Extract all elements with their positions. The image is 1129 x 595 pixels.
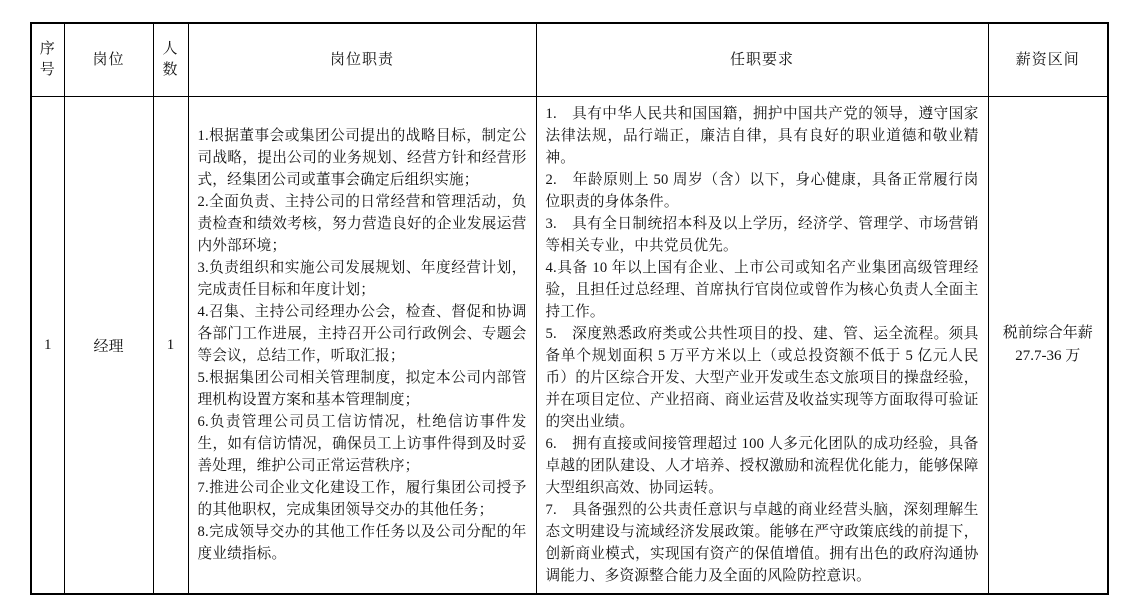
- header-seq-number: 序号: [31, 23, 64, 97]
- table-row: 1 经理 1 1.根据董事会或集团公司提出的战略目标，制定公司战略，提出公司的业…: [31, 97, 1108, 595]
- requirement-item: 5. 深度熟悉政府类或公共性项目的投、建、管、运全流程。须具备单个规划面积 5 …: [546, 323, 979, 433]
- header-responsibilities: 岗位职责: [188, 23, 536, 97]
- header-headcount: 人数: [153, 23, 188, 97]
- responsibility-item: 6.负责管理公司员工信访情况，杜绝信访事件发生，如有信访情况，确保员工上访事件得…: [198, 411, 527, 477]
- cell-position: 经理: [64, 97, 153, 595]
- responsibility-item: 1.根据董事会或集团公司提出的战略目标，制定公司战略，提出公司的业务规划、经营方…: [198, 125, 527, 191]
- responsibility-item: 4.召集、主持公司经理办公会，检查、督促和协调各部门工作进展，主持召开公司行政例…: [198, 301, 527, 367]
- requirement-item: 6. 拥有直接或间接管理超过 100 人多元化团队的成功经验，具备卓越的团队建设…: [546, 433, 979, 499]
- salary-line: 税前综合年薪: [993, 322, 1104, 345]
- cell-salary-range: 税前综合年薪 27.7-36 万: [988, 97, 1108, 595]
- header-position: 岗位: [64, 23, 153, 97]
- responsibility-item: 7.推进公司企业文化建设工作，履行集团公司授予的其他职权，完成集团领导交办的其他…: [198, 477, 527, 521]
- responsibility-item: 3.负责组织和实施公司发展规划、年度经营计划，完成责任目标和年度计划；: [198, 257, 527, 301]
- responsibility-item: 2.全面负责、主持公司的日常经营和管理活动，负责检查和绩效考核，努力营造良好的企…: [198, 191, 527, 257]
- cell-responsibilities: 1.根据董事会或集团公司提出的战略目标，制定公司战略，提出公司的业务规划、经营方…: [188, 97, 536, 595]
- cell-seq-number: 1: [31, 97, 64, 595]
- job-postings-table: 序号 岗位 人数 岗位职责 任职要求 薪资区间 1 经理 1 1.根据董事会或集…: [30, 22, 1109, 595]
- requirement-item: 3. 具有全日制统招本科及以上学历，经济学、管理学、市场营销等相关专业，中共党员…: [546, 213, 979, 257]
- header-row: 序号 岗位 人数 岗位职责 任职要求 薪资区间: [31, 23, 1108, 97]
- header-requirements: 任职要求: [536, 23, 988, 97]
- requirement-item: 2. 年龄原则上 50 周岁（含）以下，身心健康，具备正常履行岗位职责的身体条件…: [546, 169, 979, 213]
- responsibility-item: 5.根据集团公司相关管理制度，拟定本公司内部管理机构设置方案和基本管理制度；: [198, 367, 527, 411]
- requirement-item: 4.具备 10 年以上国有企业、上市公司或知名产业集团高级管理经验，且担任过总经…: [546, 257, 979, 323]
- requirement-item: 1. 具有中华人民共和国国籍，拥护中国共产党的领导，遵守国家法律法规，品行端正，…: [546, 103, 979, 169]
- responsibility-item: 8.完成领导交办的其他工作任务以及公司分配的年度业绩指标。: [198, 521, 527, 565]
- cell-requirements: 1. 具有中华人民共和国国籍，拥护中国共产党的领导，遵守国家法律法规，品行端正，…: [536, 97, 988, 595]
- salary-line: 27.7-36 万: [993, 345, 1104, 368]
- header-salary-range: 薪资区间: [988, 23, 1108, 97]
- cell-headcount: 1: [153, 97, 188, 595]
- requirement-item: 7. 具备强烈的公共责任意识与卓越的商业经营头脑，深刻理解生态文明建设与流域经济…: [546, 499, 979, 587]
